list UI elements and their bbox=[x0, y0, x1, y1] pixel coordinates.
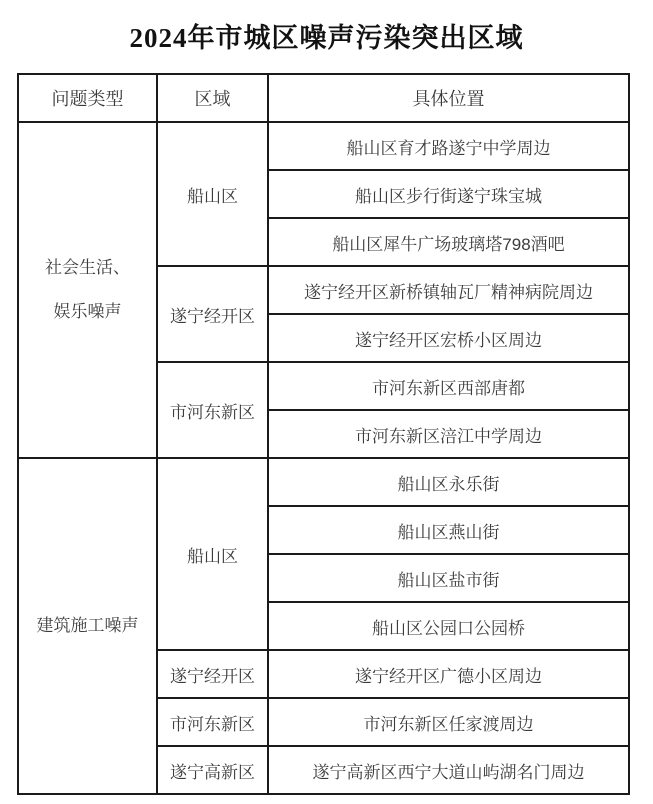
location-cell: 市河东新区西部唐都 bbox=[268, 362, 629, 410]
region-cell: 船山区 bbox=[157, 458, 268, 650]
location-cell: 市河东新区任家渡周边 bbox=[268, 698, 629, 746]
header-location: 具体位置 bbox=[268, 74, 629, 122]
location-cell: 市河东新区涪江中学周边 bbox=[268, 410, 629, 458]
table-header: 问题类型 区域 具体位置 bbox=[18, 74, 629, 122]
location-cell: 遂宁经开区广德小区周边 bbox=[268, 650, 629, 698]
header-row: 问题类型 区域 具体位置 bbox=[18, 74, 629, 122]
page-title: 2024年市城区噪声污染突出区域 bbox=[0, 0, 653, 55]
table-body: 社会生活、 娱乐噪声 船山区 船山区育才路遂宁中学周边 船山区步行街遂宁珠宝城 … bbox=[18, 122, 629, 794]
header-region: 区域 bbox=[157, 74, 268, 122]
problem-type-line: 社会生活、 bbox=[23, 246, 152, 290]
header-problem-type: 问题类型 bbox=[18, 74, 157, 122]
region-cell: 遂宁经开区 bbox=[157, 650, 268, 698]
problem-type-line: 建筑施工噪声 bbox=[23, 604, 152, 648]
location-cell: 遂宁高新区西宁大道山屿湖名门周边 bbox=[268, 746, 629, 794]
region-cell: 市河东新区 bbox=[157, 698, 268, 746]
location-cell: 船山区犀牛广场玻璃塔798酒吧 bbox=[268, 218, 629, 266]
location-cell: 船山区公园口公园桥 bbox=[268, 602, 629, 650]
location-cell: 船山区盐市街 bbox=[268, 554, 629, 602]
noise-pollution-table: 问题类型 区域 具体位置 社会生活、 娱乐噪声 船山区 船山区育才路遂宁中学周边… bbox=[17, 73, 630, 795]
region-cell: 遂宁经开区 bbox=[157, 266, 268, 362]
table-row: 建筑施工噪声 船山区 船山区永乐街 bbox=[18, 458, 629, 506]
location-cell: 船山区步行街遂宁珠宝城 bbox=[268, 170, 629, 218]
problem-type-line: 娱乐噪声 bbox=[23, 290, 152, 334]
location-cell: 遂宁经开区宏桥小区周边 bbox=[268, 314, 629, 362]
location-cell: 船山区燕山街 bbox=[268, 506, 629, 554]
location-cell: 船山区永乐街 bbox=[268, 458, 629, 506]
problem-type-cell: 社会生活、 娱乐噪声 bbox=[18, 122, 157, 458]
location-cell: 遂宁经开区新桥镇轴瓦厂精神病院周边 bbox=[268, 266, 629, 314]
region-cell: 市河东新区 bbox=[157, 362, 268, 458]
region-cell: 遂宁高新区 bbox=[157, 746, 268, 794]
problem-type-cell: 建筑施工噪声 bbox=[18, 458, 157, 794]
location-cell: 船山区育才路遂宁中学周边 bbox=[268, 122, 629, 170]
region-cell: 船山区 bbox=[157, 122, 268, 266]
table-row: 社会生活、 娱乐噪声 船山区 船山区育才路遂宁中学周边 bbox=[18, 122, 629, 170]
